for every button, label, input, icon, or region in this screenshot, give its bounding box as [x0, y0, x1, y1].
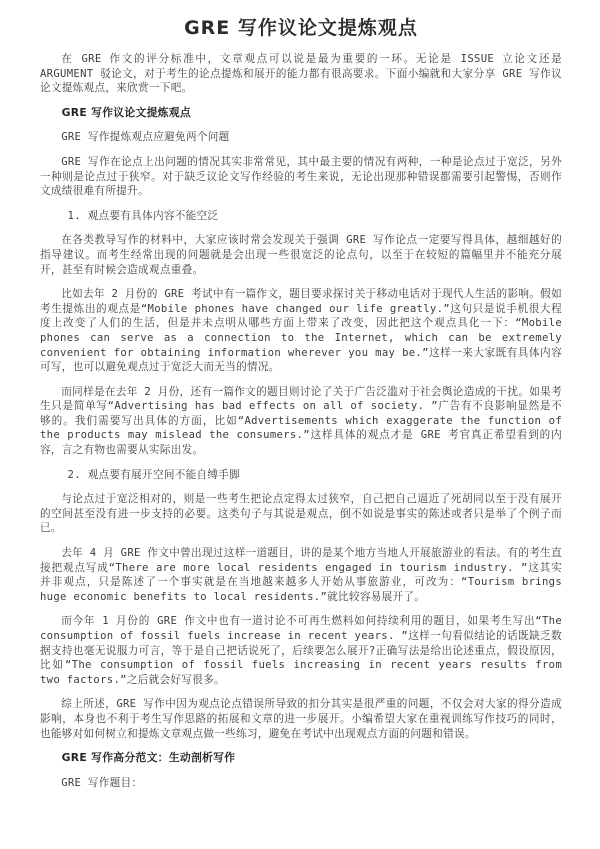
- paragraph-advertising-example: 而同样是在去年 2 月份，还有一篇作文的题目则讨论了关于广告泛滥对于社会舆论造成…: [40, 385, 562, 458]
- paragraph-fossil-fuels-example: 而今年 1 月份的 GRE 作文中也有一道讨论不可再生燃料如何持续利用的题目，如…: [40, 614, 562, 687]
- subheading-two-problems: GRE 写作提炼观点应避免两个问题: [40, 130, 562, 145]
- paragraph-specific-content: 在各类教导写作的材料中，大家应该时常会发现关于强调 GRE 写作论点一定要写得具…: [40, 233, 562, 277]
- paragraph-too-narrow: 与论点过于宽泛相对的，则是一些考生把论点定得太过狭窄，自己把自己逼近了死胡同以至…: [40, 492, 562, 536]
- document-title: GRE 写作议论文提炼观点: [40, 14, 562, 42]
- intro-paragraph: 在 GRE 作文的评分标准中，文章观点可以说是最为重要的一环。无论是 ISSUE…: [40, 52, 562, 96]
- paragraph-mobile-phones-example: 比如去年 2 月份的 GRE 考试中有一篇作文，题目要求探讨关于移动电话对于现代…: [40, 287, 562, 375]
- numbered-point-2: 2. 观点要有展开空间不能自缚手脚: [40, 468, 562, 483]
- section-heading-sample-essay: GRE 写作高分范文：生动剖析写作: [40, 751, 562, 766]
- paragraph-summary: 综上所述，GRE 写作中因为观点论点错误所导致的扣分其实是很严重的问题，不仅会对…: [40, 697, 562, 741]
- paragraph-tourism-example: 去年 4 月 GRE 作文中曾出现过这样一道题目，讲的是某个地方当地人开展旅游业…: [40, 546, 562, 604]
- document-page: GRE 写作议论文提炼观点 在 GRE 作文的评分标准中，文章观点可以说是最为重…: [0, 0, 600, 849]
- paragraph-essay-topic: GRE 写作题目：: [40, 776, 562, 791]
- paragraph-common-problems: GRE 写作在论点上出问题的情况其实非常常见，其中最主要的情况有两种，一种是论点…: [40, 155, 562, 199]
- section-heading-refine-viewpoints: GRE 写作议论文提炼观点: [40, 106, 562, 121]
- numbered-point-1: 1. 观点要有具体内容不能空泛: [40, 209, 562, 224]
